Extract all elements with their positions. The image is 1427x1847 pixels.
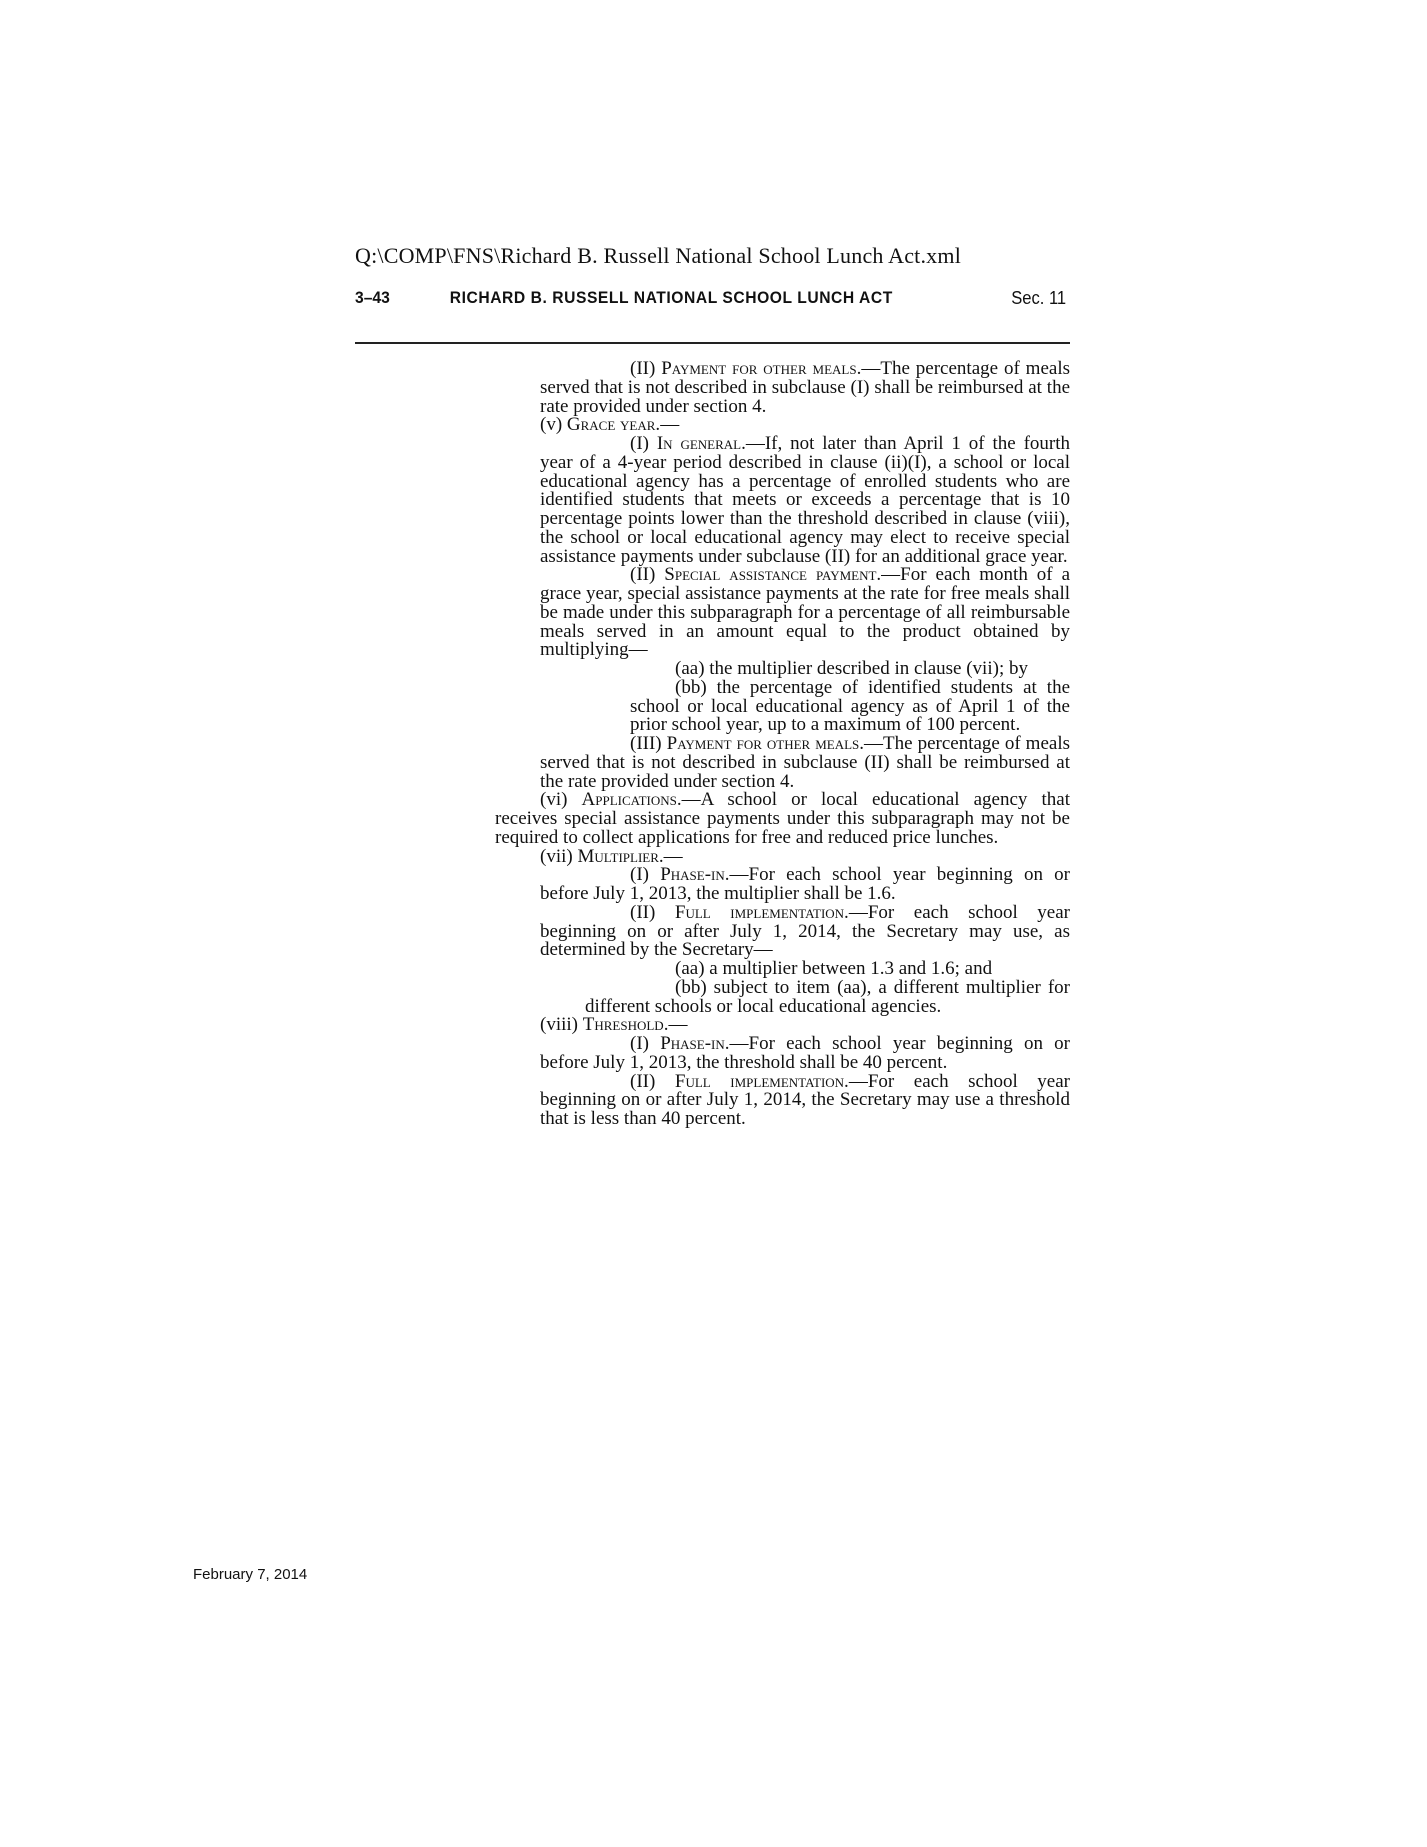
paragraph: (vi) Applications.—A school or local edu… xyxy=(495,791,1070,847)
clause-heading: Applications. xyxy=(582,789,682,810)
running-head: 3–43 RICHARD B. RUSSELL NATIONAL SCHOOL … xyxy=(355,288,1013,318)
paragraph: (II) Full implementation.—For each schoo… xyxy=(495,904,1070,960)
file-path: Q:\COMP\FNS\Richard B. Russell National … xyxy=(355,243,1070,269)
paragraph: (I) Phase-in.—For each school year begin… xyxy=(495,1035,1070,1073)
paragraph: (III) Payment for other meals.—The perce… xyxy=(495,735,1070,791)
paragraph: (I) In general.—If, not later than April… xyxy=(495,435,1070,566)
running-head-title: RICHARD B. RUSSELL NATIONAL SCHOOL LUNCH… xyxy=(450,288,893,308)
clause-heading: Payment for other meals. xyxy=(661,358,861,379)
clause-heading: Phase-in. xyxy=(660,1033,729,1054)
paragraph: (bb) subject to item (aa), a different m… xyxy=(495,979,1070,1017)
page-number: 3–43 xyxy=(355,288,390,308)
document-body: (II) Payment for other meals.—The percen… xyxy=(495,360,1070,1129)
header-rule xyxy=(355,342,1070,344)
section-number: Sec. 11 xyxy=(1011,288,1066,309)
paragraph: (II) Payment for other meals.—The percen… xyxy=(495,360,1070,416)
paragraph: (II) Special assistance payment.—For eac… xyxy=(495,566,1070,660)
clause-heading: In general. xyxy=(657,433,746,454)
clause-heading: Phase-in. xyxy=(660,864,729,885)
paragraph: (II) Full implementation.—For each schoo… xyxy=(495,1073,1070,1129)
footer-date: February 7, 2014 xyxy=(193,1566,307,1583)
clause-heading: Payment for other meals. xyxy=(667,733,864,754)
clause-heading: Special assistance payment. xyxy=(664,564,881,585)
paragraph: (bb) the percentage of identified studen… xyxy=(495,679,1070,735)
clause-heading: Full implementation. xyxy=(675,902,849,923)
paragraph: (aa) the multiplier described in clause … xyxy=(495,660,1070,679)
paragraph: (I) Phase-in.—For each school year begin… xyxy=(495,866,1070,904)
clause-heading: Full implementation. xyxy=(675,1071,849,1092)
paragraph: (aa) a multiplier between 1.3 and 1.6; a… xyxy=(495,960,1070,979)
